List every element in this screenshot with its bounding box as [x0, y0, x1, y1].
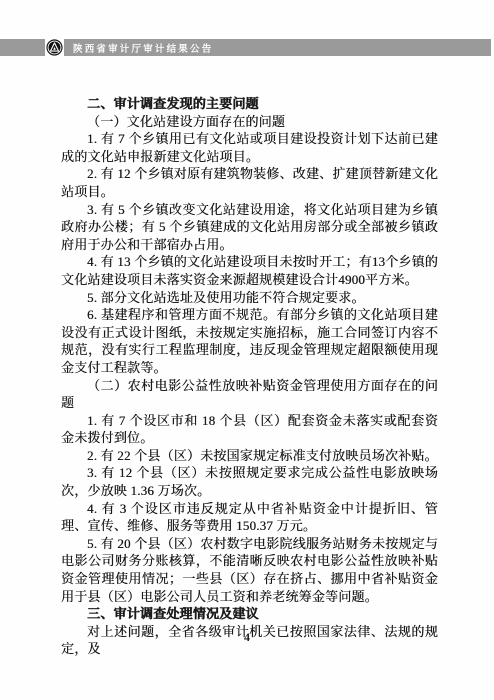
paragraph: 4. 有 3 个设区市违反规定从中省补贴资金中计提折旧、管理、宣传、维修、服务等…	[61, 500, 438, 535]
subsection-heading: （二）农村电影公益性放映补贴资金管理使用方面存在的问题	[61, 377, 438, 412]
paragraph: 6. 基建程序和管理方面不规范。有部分乡镇的文化站项目建设没有正式设计图纸，未按…	[61, 306, 438, 376]
paragraph: 4. 有 13 个乡镇的文化站建设项目未按时开工；有13个乡镇的文化站建设项目未…	[61, 253, 438, 288]
paragraph: 3. 有 12 个县（区）未按照规定要求完成公益性电影放映场次，少放映 1.36…	[61, 464, 438, 499]
document-body: 二、审计调查发现的主要问题 （一）文化站建设方面存在的问题 1. 有 7 个乡镇…	[61, 95, 438, 658]
paragraph: 3. 有 5 个乡镇改变文化站建设用途，将文化站项目建为乡镇政府办公楼；有 5 …	[61, 201, 438, 254]
paragraph: 5. 部分文化站选址及使用功能不符合规定要求。	[61, 289, 438, 307]
audit-emblem-icon	[46, 39, 63, 56]
paragraph: 2. 有 22 个县（区）未按国家规定标准支付放映员场次补贴。	[61, 447, 438, 465]
section-heading: 二、审计调查发现的主要问题	[61, 95, 438, 113]
header-title: 陕西省审计厅审计结果公告	[73, 41, 213, 55]
document-page: 陕西省审计厅审计结果公告 二、审计调查发现的主要问题 （一）文化站建设方面存在的…	[0, 0, 494, 700]
paragraph: 2. 有 12 个乡镇对原有建筑物装修、改建、扩建顶替新建文化站项目。	[61, 165, 438, 200]
paragraph: 5. 有 20 个县（区）农村数字电影院线服务站财务未按规定与电影公司财务分账核…	[61, 535, 438, 605]
paragraph: 1. 有 7 个乡镇用已有文化站或项目建设投资计划下达前已建成的文化站申报新建文…	[61, 130, 438, 165]
subsection-heading: （一）文化站建设方面存在的问题	[61, 113, 438, 131]
page-number: 4	[0, 630, 494, 645]
section-heading: 三、审计调查处理情况及建议	[61, 605, 438, 623]
header-bar: 陕西省审计厅审计结果公告	[0, 39, 491, 56]
logo-box	[45, 38, 64, 57]
paragraph: 1. 有 7 个设区市和 18 个县（区）配套资金未落实或配套资金未拨付到位。	[61, 412, 438, 447]
